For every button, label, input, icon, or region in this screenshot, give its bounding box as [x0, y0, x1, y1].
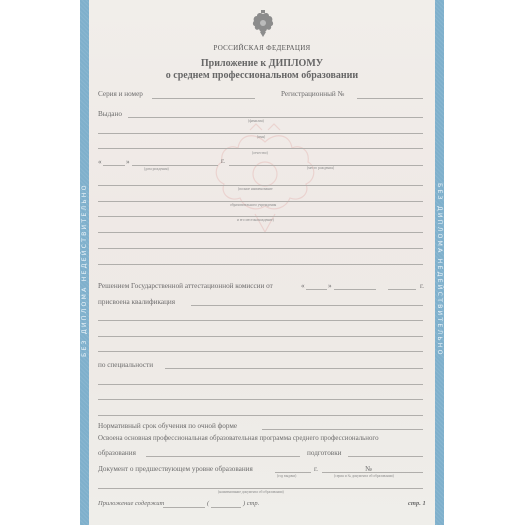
qualification-label: присвоена квалификация [98, 298, 175, 306]
prev-doc-number-mark: № [365, 465, 372, 473]
issued-label: Выдано [98, 110, 122, 118]
specialty-line-2[interactable] [98, 384, 423, 385]
birth-day-quote-close: » [126, 158, 130, 166]
birth-day-quote-open: « [98, 158, 102, 166]
name-hint: (имя) [257, 135, 265, 139]
training-label: подготовки [307, 449, 342, 457]
program-education-label: образования [98, 449, 136, 457]
doc-series-hint: (серия и № документа об образовании) [334, 474, 394, 478]
reg-number-field[interactable] [357, 98, 423, 99]
qualification-line-2[interactable] [98, 320, 423, 321]
side-border-text-right: БЕЗ ДИПЛОМА НЕДЕЙСТВИТЕЛЬНО [435, 120, 444, 420]
extra-line-1[interactable] [98, 232, 423, 233]
prev-doc-label: Документ о предшествующем уровне образов… [98, 465, 253, 473]
specialty-line-3[interactable] [98, 399, 423, 400]
page-count-words-field[interactable] [211, 507, 241, 508]
specialty-label: по специальности [98, 361, 153, 369]
qualification-line-4[interactable] [98, 351, 423, 352]
institution-line-3[interactable] [98, 216, 423, 217]
russian-coat-of-arms-icon [252, 10, 274, 38]
prev-doc-year-field[interactable] [275, 472, 311, 473]
reg-number-label: Регистрационный № [281, 90, 344, 98]
prev-doc-year-mark: г. [314, 465, 318, 473]
prev-doc-name-field[interactable] [98, 488, 423, 489]
surname-field[interactable] [128, 117, 423, 118]
study-period-field[interactable] [262, 429, 423, 430]
commission-month-field[interactable] [334, 289, 376, 290]
birth-year-mark: г. [221, 157, 225, 165]
specialty-line-4[interactable] [98, 415, 423, 416]
paren-open: ( [207, 500, 209, 507]
institution-hint-3: и его местонахождение) [237, 218, 274, 222]
program-level-field[interactable] [146, 456, 300, 457]
commission-quote-close: » [328, 282, 332, 290]
patronymic-hint: (отчество) [252, 151, 268, 155]
commission-quote-open: « [301, 282, 305, 290]
pages-label: ) стр. [243, 500, 259, 507]
commission-year-field[interactable] [388, 289, 416, 290]
issue-year-hint: (год выдачи) [277, 474, 296, 478]
institution-hint-1: (полное наименование [238, 187, 273, 191]
name-field[interactable] [98, 133, 423, 134]
birth-day-field[interactable] [103, 165, 125, 166]
appendix-contains-label: Приложение содержит [98, 500, 164, 507]
birth-month-field[interactable] [132, 165, 218, 166]
series-number-field[interactable] [152, 98, 255, 99]
commission-label: Решением Государственной аттестационной … [98, 282, 273, 290]
birthdate-hint: (дата рождения) [144, 167, 169, 171]
patronymic-field[interactable] [98, 148, 423, 149]
document-subtitle: о среднем профессиональном образовании [80, 70, 444, 81]
commission-day-field[interactable] [306, 289, 327, 290]
page-number: стр. 1 [408, 500, 426, 507]
surname-hint: (фамилия) [248, 119, 264, 123]
birthplace-hint: (место рождения) [307, 166, 334, 170]
prev-doc-number-field[interactable] [322, 472, 423, 473]
qualification-field[interactable] [191, 305, 423, 306]
page-count-field[interactable] [163, 507, 205, 508]
country-heading: РОССИЙСКАЯ ФЕДЕРАЦИЯ [80, 44, 444, 52]
specialty-field[interactable] [165, 368, 423, 369]
series-number-label: Серия и номер [98, 90, 143, 98]
extra-line-2[interactable] [98, 248, 423, 249]
institution-line-1[interactable] [98, 185, 423, 186]
institution-line-2[interactable] [98, 201, 423, 202]
commission-year-mark: г. [420, 282, 424, 290]
doc-name-hint: (наименование документа об образовании) [218, 490, 284, 494]
training-field[interactable] [348, 456, 423, 457]
side-border-text-left: БЕЗ ДИПЛОМА НЕДЕЙСТВИТЕЛЬНО [80, 120, 89, 420]
extra-line-3[interactable] [98, 264, 423, 265]
program-text: Освоена основная профессиональная образо… [98, 435, 379, 442]
document-title: Приложение к ДИПЛОМУ [80, 58, 444, 69]
study-period-label: Нормативный срок обучения по очной форме [98, 422, 237, 430]
qualification-line-3[interactable] [98, 336, 423, 337]
institution-hint-2: образовательного учреждения [230, 203, 276, 207]
